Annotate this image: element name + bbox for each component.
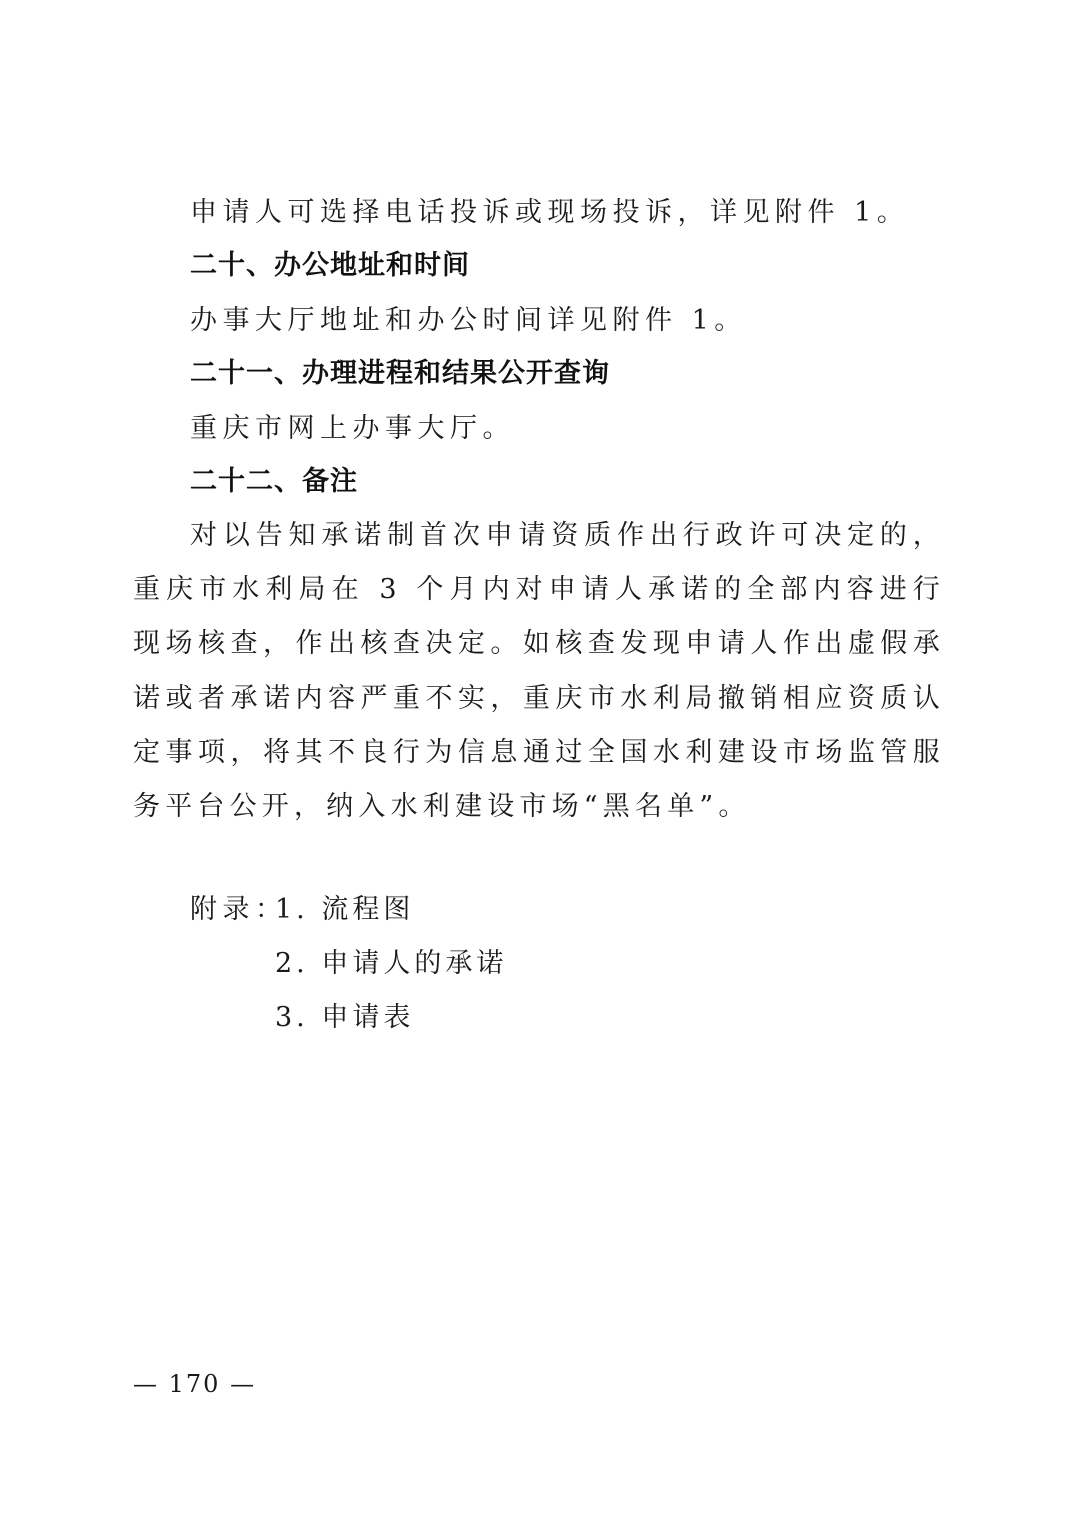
appendix-label: 附录： (190, 893, 288, 927)
page-number: — 170 — (133, 1370, 256, 1398)
office-address-text: 办事大厅地址和办公时间详见附件 1。 (190, 304, 747, 338)
section-heading-20: 二十、办公地址和时间 (190, 249, 470, 283)
section-heading-21: 二十一、办理进程和结果公开查询 (190, 357, 610, 391)
appendix-item: 2. 申请人的承诺 (275, 947, 507, 981)
remark-paragraph: 对以告知承诺制首次申请资质作出行政许可决定的，重庆市水利局在 3 个月内对申请人… (133, 509, 945, 834)
online-hall-text: 重庆市网上办事大厅。 (190, 412, 515, 446)
complaint-text: 申请人可选择电话投诉或现场投诉，详见附件 1。 (190, 196, 909, 230)
appendix-item: 1. 流程图 (275, 893, 414, 927)
appendix-item: 3. 申请表 (275, 1001, 414, 1035)
section-heading-22: 二十二、备注 (190, 465, 358, 499)
